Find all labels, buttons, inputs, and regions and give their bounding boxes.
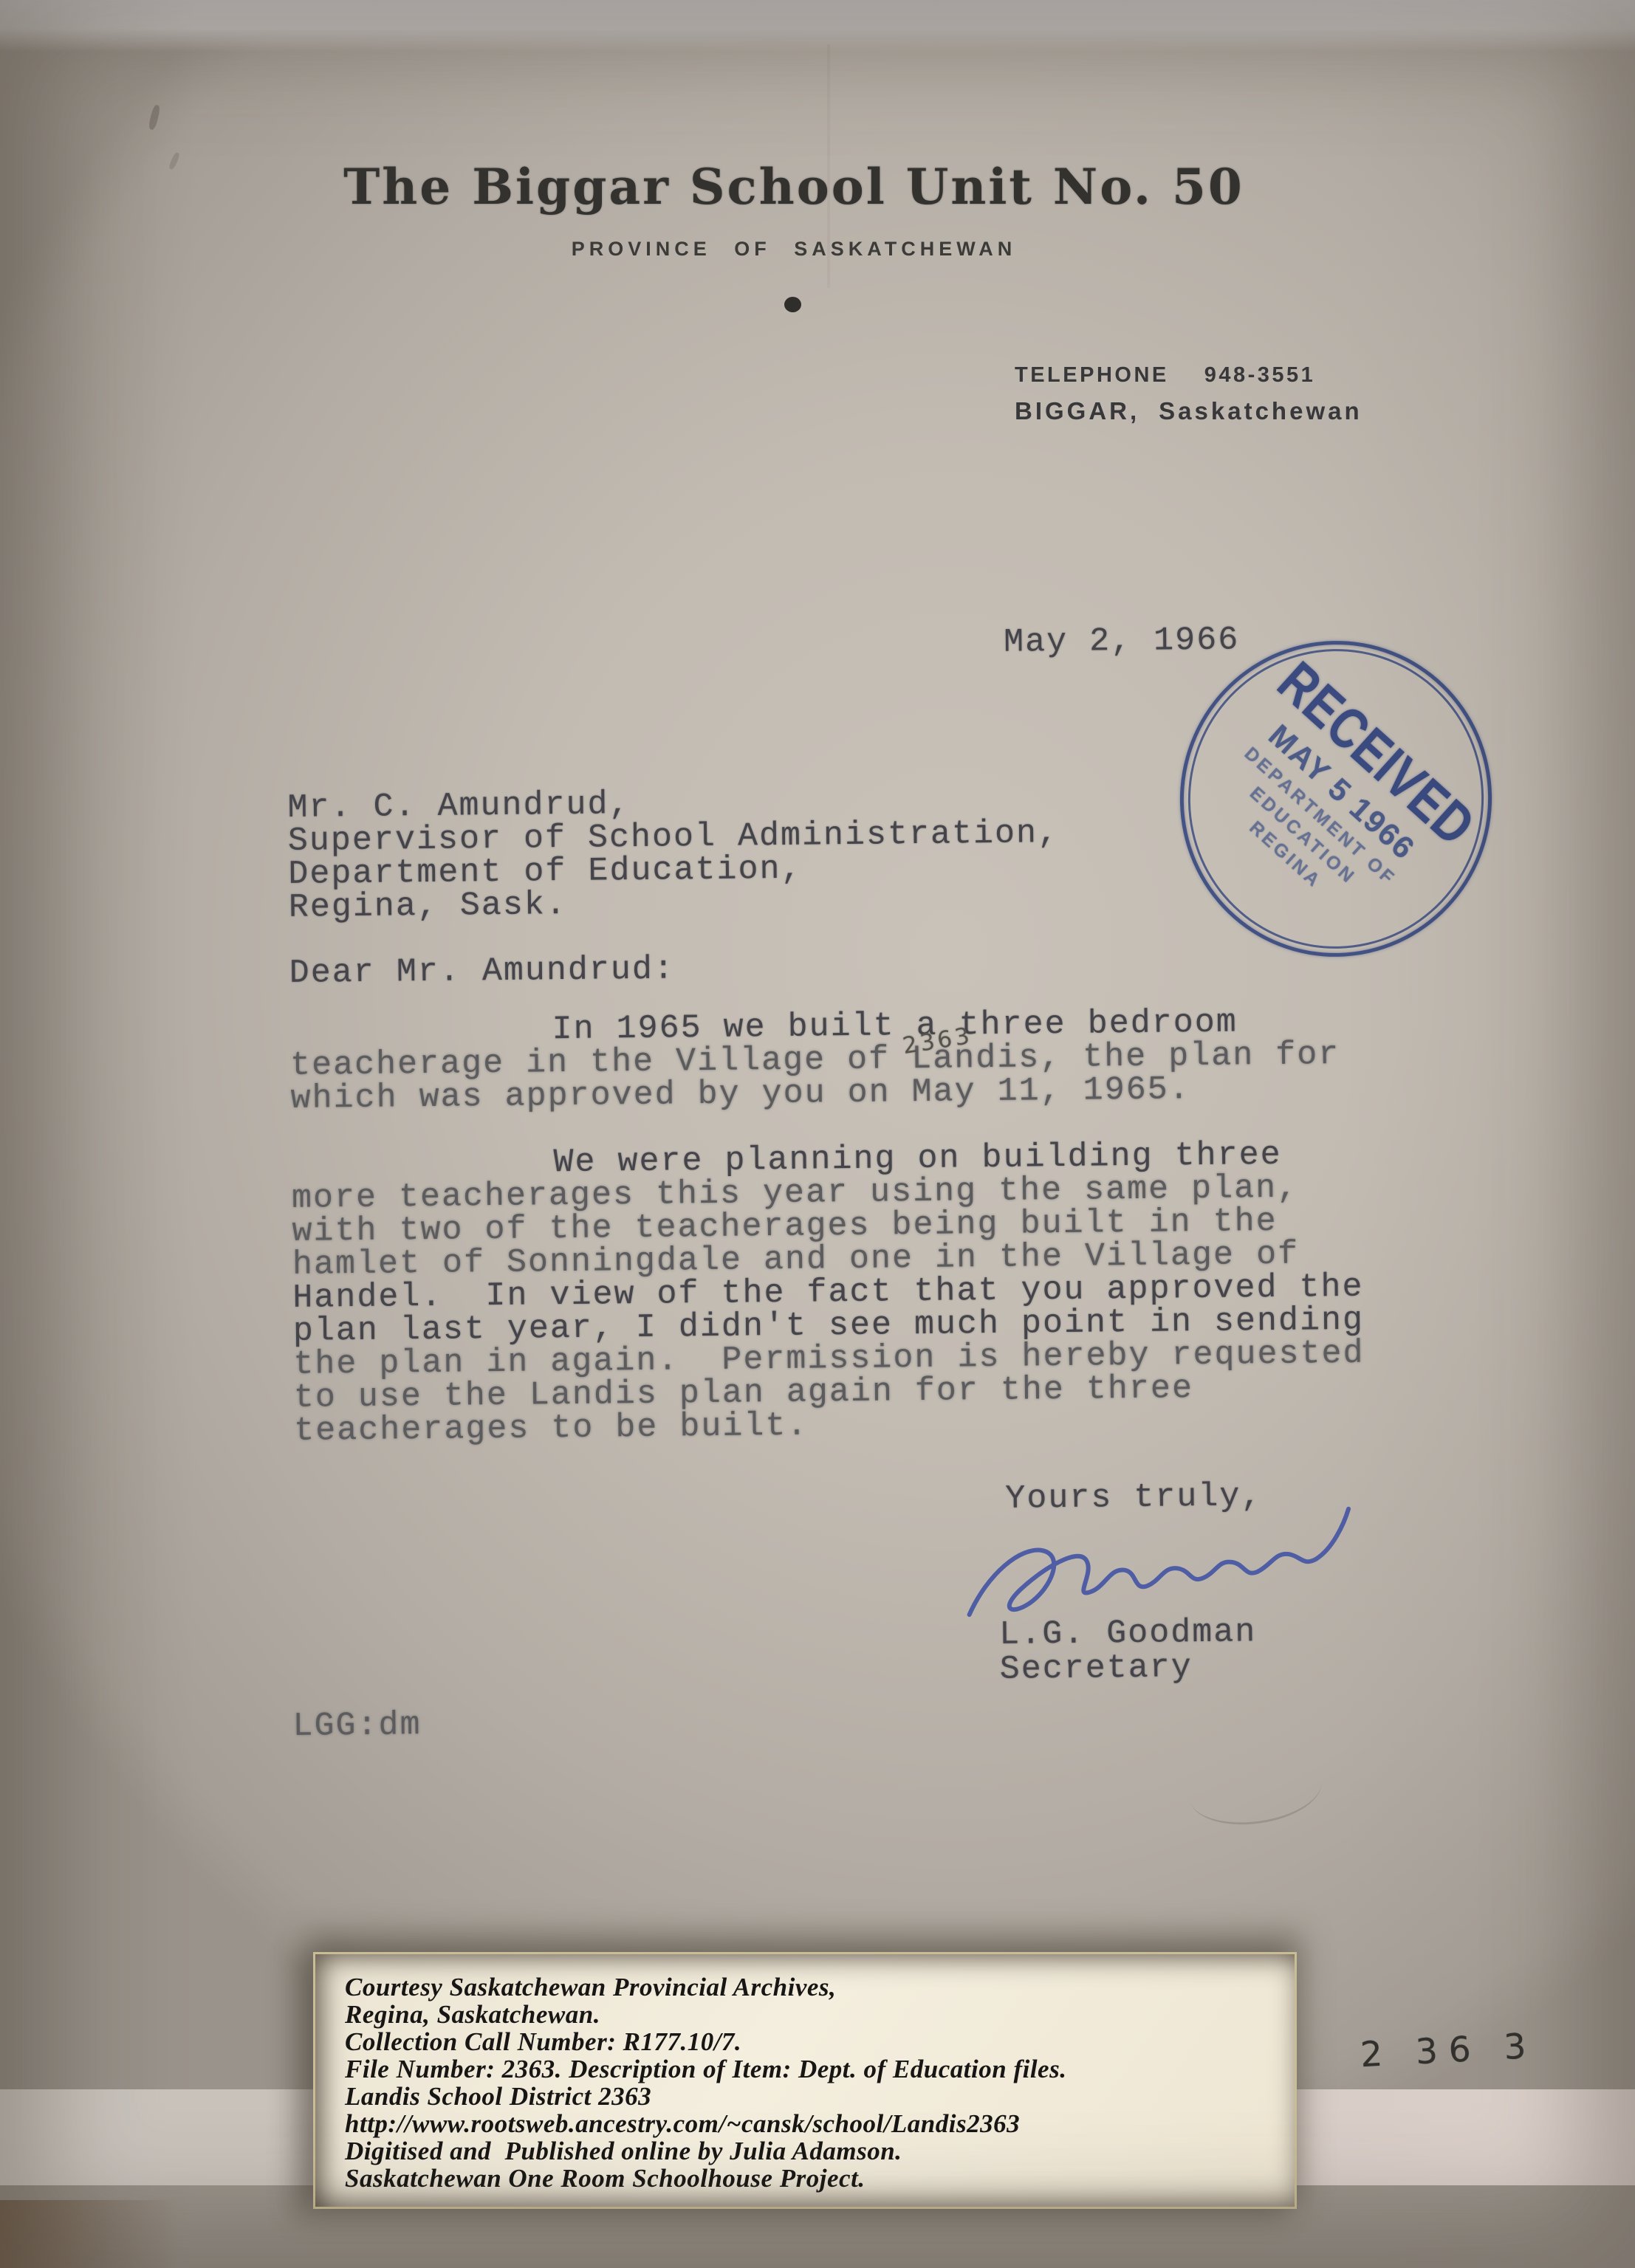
telephone-label: TELEPHONE: [1015, 363, 1169, 387]
reference-initials: LGG:dm: [292, 1708, 421, 1743]
caption-line: Landis School District 2363: [345, 2083, 1295, 2110]
letterhead-subtitle: PROVINCE OF SASKATCHEWAN: [0, 238, 1588, 261]
paragraph-1: In 1965 we built a three bedroom teacher…: [289, 1005, 1340, 1116]
letterhead-contact-block: TELEPHONE948-3551 BIGGAR,Saskatchewan: [1015, 363, 1362, 425]
salutation: Dear Mr. Amundrud:: [289, 952, 676, 989]
paragraph-2: We were planning on building three more …: [291, 1138, 1365, 1448]
letterhead-city: BIGGAR,: [1015, 397, 1139, 425]
archival-letter-photo: The Biggar School Unit No. 50 PROVINCE O…: [0, 0, 1635, 2268]
caption-plaque: Courtesy Saskatchewan Provincial Archive…: [313, 1952, 1297, 2209]
signer-title: Secretary: [999, 1651, 1193, 1686]
lighting-shade: [0, 0, 1635, 2268]
letterhead-province: Saskatchewan: [1159, 397, 1362, 425]
letterhead-bullet-dot: [784, 297, 801, 312]
caption-url: http://www.rootsweb.ancestry.com/~cansk/…: [345, 2110, 1295, 2137]
telephone-number: 948-3551: [1204, 363, 1316, 387]
caption-line: File Number: 2363. Description of Item: …: [345, 2055, 1295, 2083]
letterhead-title: The Biggar School Unit No. 50: [0, 158, 1588, 216]
desk-shadow: [0, 2200, 177, 2268]
recipient-address-block: Mr. C. Amundrud, Supervisor of School Ad…: [287, 783, 1060, 924]
caption-line: Regina, Saskatchewan.: [345, 2001, 1295, 2028]
caption-line: Saskatchewan One Room Schoolhouse Projec…: [345, 2165, 1295, 2192]
caption-line: Courtesy Saskatchewan Provincial Archive…: [345, 1973, 1295, 2001]
caption-line: Digitised and Published online by Julia …: [345, 2137, 1295, 2165]
caption-line: Collection Call Number: R177.10/7.: [345, 2028, 1295, 2055]
received-stamp: RECEIVED MAY 5 1966 DEPARTMENT OF EDUCAT…: [1155, 616, 1517, 982]
